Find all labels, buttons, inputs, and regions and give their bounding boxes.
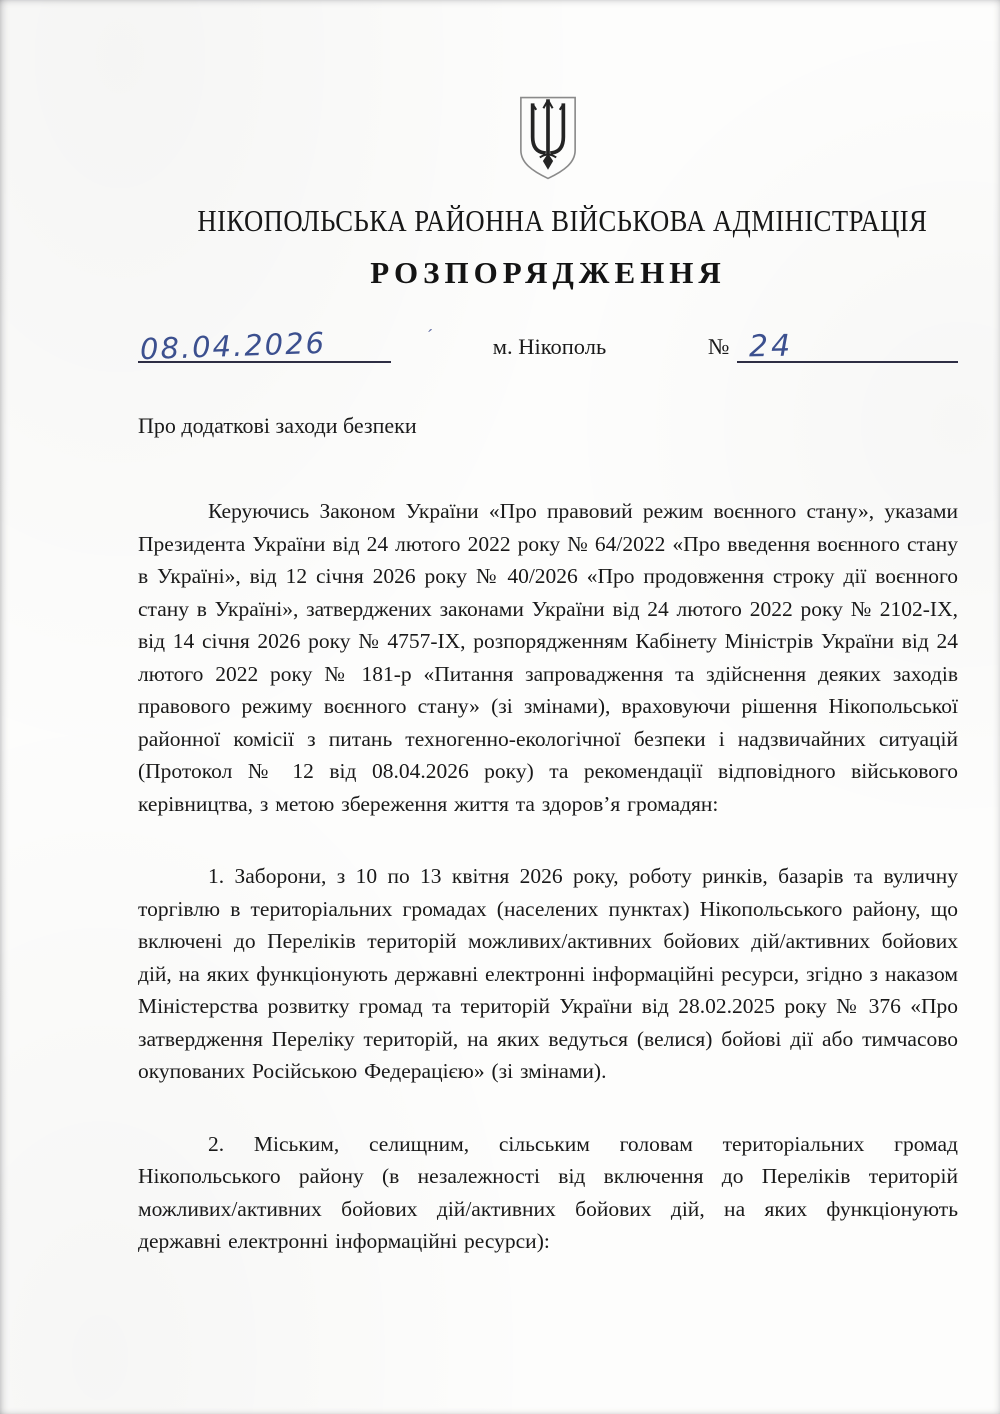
preamble-paragraph: Керуючись Законом України «Про правовий …: [138, 495, 958, 820]
document-page: НІКОПОЛЬСЬКА РАЙОННА ВІЙСЬКОВА АДМІНІСТР…: [0, 0, 1000, 1414]
handwritten-date: 08.04.2026: [139, 326, 326, 366]
organization-name: НІКОПОЛЬСЬКА РАЙОННА ВІЙСЬКОВА АДМІНІСТР…: [138, 203, 958, 239]
document-type-title: РОЗПОРЯДЖЕННЯ: [138, 255, 958, 291]
organization-name-text: НІКОПОЛЬСЬКА РАЙОННА ВІЙСЬКОВА АДМІНІСТР…: [197, 203, 927, 239]
handwritten-number: 24: [749, 329, 794, 365]
subject-line: Про додаткові заходи безпеки: [138, 413, 958, 439]
number-field: № 24: [708, 329, 958, 363]
document-meta-row: 08.04.2026 м. Нікополь № 24: [138, 319, 958, 363]
place-label: м. Нікополь: [391, 334, 708, 363]
number-sign: №: [708, 334, 737, 363]
ukraine-trident-icon: [518, 95, 578, 181]
document-content: НІКОПОЛЬСЬКА РАЙОННА ВІЙСЬКОВА АДМІНІСТР…: [0, 95, 1000, 1258]
coat-of-arms-emblem: [518, 95, 578, 181]
date-field: 08.04.2026: [138, 329, 391, 363]
item-2-paragraph: 2. Міським, селищним, сільським головам …: [138, 1128, 958, 1258]
number-underline: 24: [737, 329, 958, 363]
item-1-paragraph: 1. Заборони, з 10 по 13 квітня 2026 року…: [138, 860, 958, 1088]
